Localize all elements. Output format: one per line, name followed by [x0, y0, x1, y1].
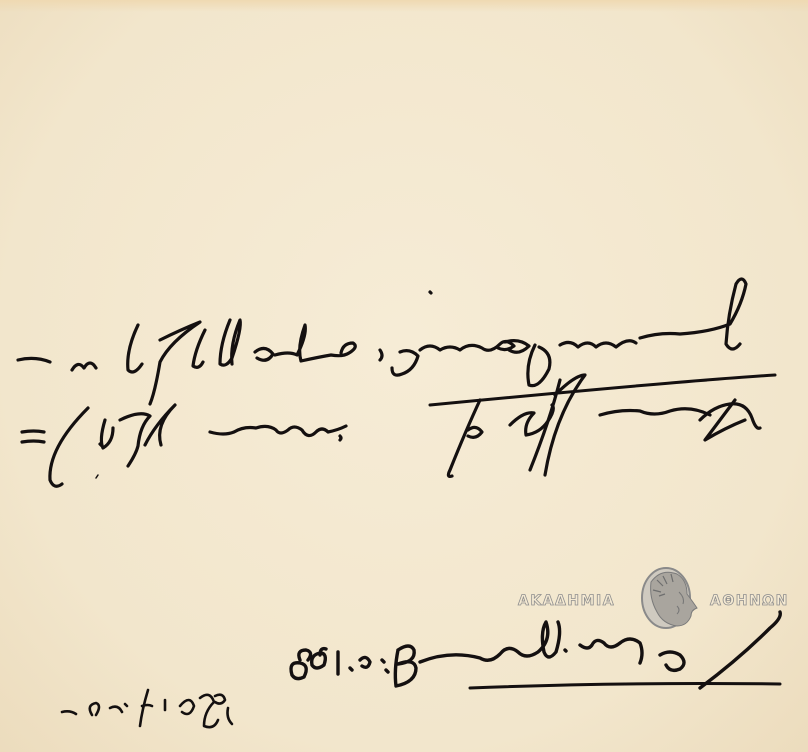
handwriting-strokes — [0, 0, 808, 752]
document-page: ΑΚΑΔΗΜΙΑ ΑΘΗΝΩΝ [handwritten line, upsid… — [0, 0, 808, 752]
watermark-athens-text: ΑΘΗΝΩΝ — [710, 593, 789, 609]
handwriting-footnote — [62, 690, 232, 727]
handwriting-line-2 — [22, 375, 775, 486]
handwriting-reference — [291, 612, 780, 688]
watermark-academy-text: ΑΚΑΔΗΜΙΑ — [518, 593, 615, 609]
coin-head-emblem-icon — [639, 562, 699, 634]
